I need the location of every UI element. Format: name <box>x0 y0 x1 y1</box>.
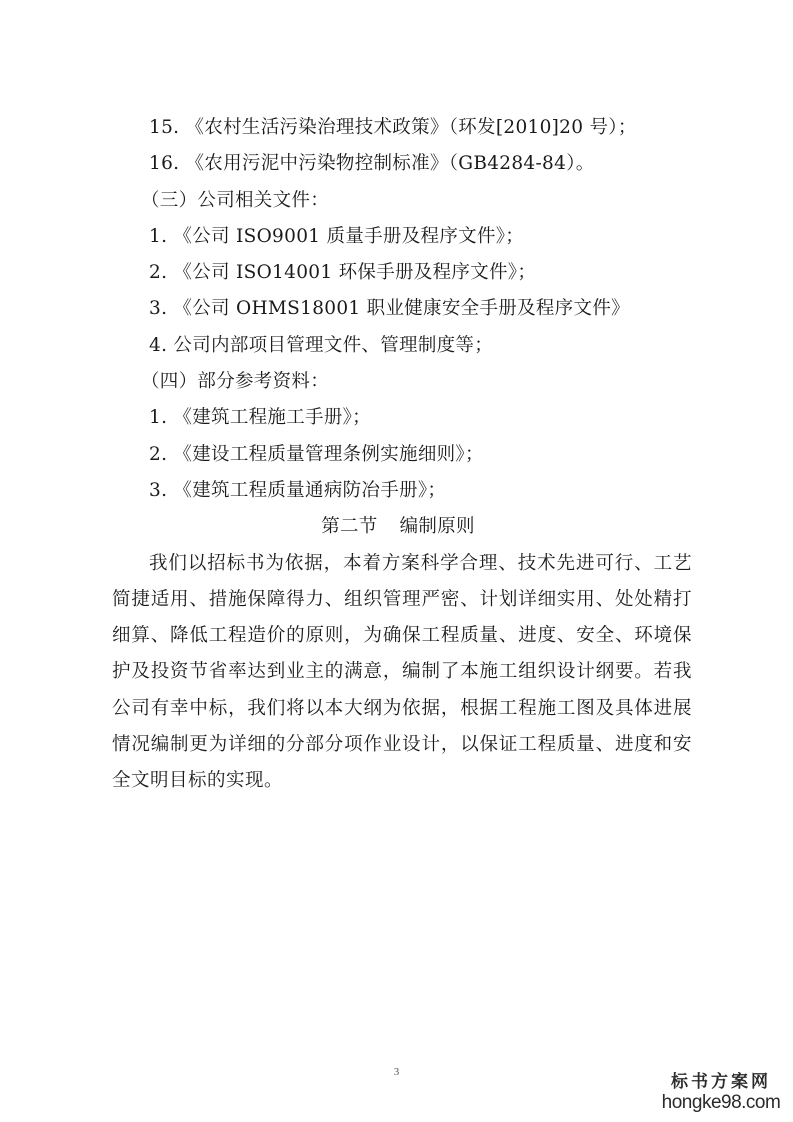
reference-material-item-3: 3. 《建筑工程质量通病防冶手册》； <box>112 473 692 509</box>
company-doc-item-1: 1. 《公司 ISO9001 质量手册及程序文件》； <box>112 219 692 255</box>
section-number: 第二节 <box>321 516 377 537</box>
watermark-chinese: 标书方案网 <box>656 1072 786 1092</box>
section-heading-references: （四）部分参考资料： <box>112 364 692 400</box>
section-heading-company-docs: （三）公司相关文件： <box>112 183 692 219</box>
section-title: 第二节编制原则 <box>112 509 692 545</box>
reference-item-16: 16. 《农用污泥中污染物控制标准》（GB4284-84）。 <box>112 146 692 182</box>
watermark-logo: 标书方案网 hongke98.com <box>656 1072 786 1114</box>
body-paragraph: 我们以招标书为依据，本着方案科学合理、技术先进可行、工艺简捷适用、措施保障得力、… <box>112 546 692 800</box>
page-content: 15. 《农村生活污染治理技术政策》（环发[2010]20 号）； 16. 《农… <box>112 110 692 800</box>
reference-item-15: 15. 《农村生活污染治理技术政策》（环发[2010]20 号）； <box>112 110 692 146</box>
company-doc-item-2: 2. 《公司 ISO14001 环保手册及程序文件》； <box>112 255 692 291</box>
document-page: 15. 《农村生活污染治理技术政策》（环发[2010]20 号）； 16. 《农… <box>0 0 793 1122</box>
section-heading-text: （三）公司相关文件： <box>141 190 329 211</box>
company-doc-item-3: 3. 《公司 OHMS18001 职业健康安全手册及程序文件》 <box>112 291 692 327</box>
reference-material-item-2: 2. 《建设工程质量管理条例实施细则》； <box>112 437 692 473</box>
section-title-text: 编制原则 <box>400 516 475 537</box>
reference-material-item-1: 1. 《建筑工程施工手册》； <box>112 400 692 436</box>
company-doc-item-4: 4. 公司内部项目管理文件、管理制度等； <box>112 328 692 364</box>
section-heading-text: （四）部分参考资料： <box>141 371 329 392</box>
watermark-domain: hongke98.com <box>656 1092 786 1114</box>
